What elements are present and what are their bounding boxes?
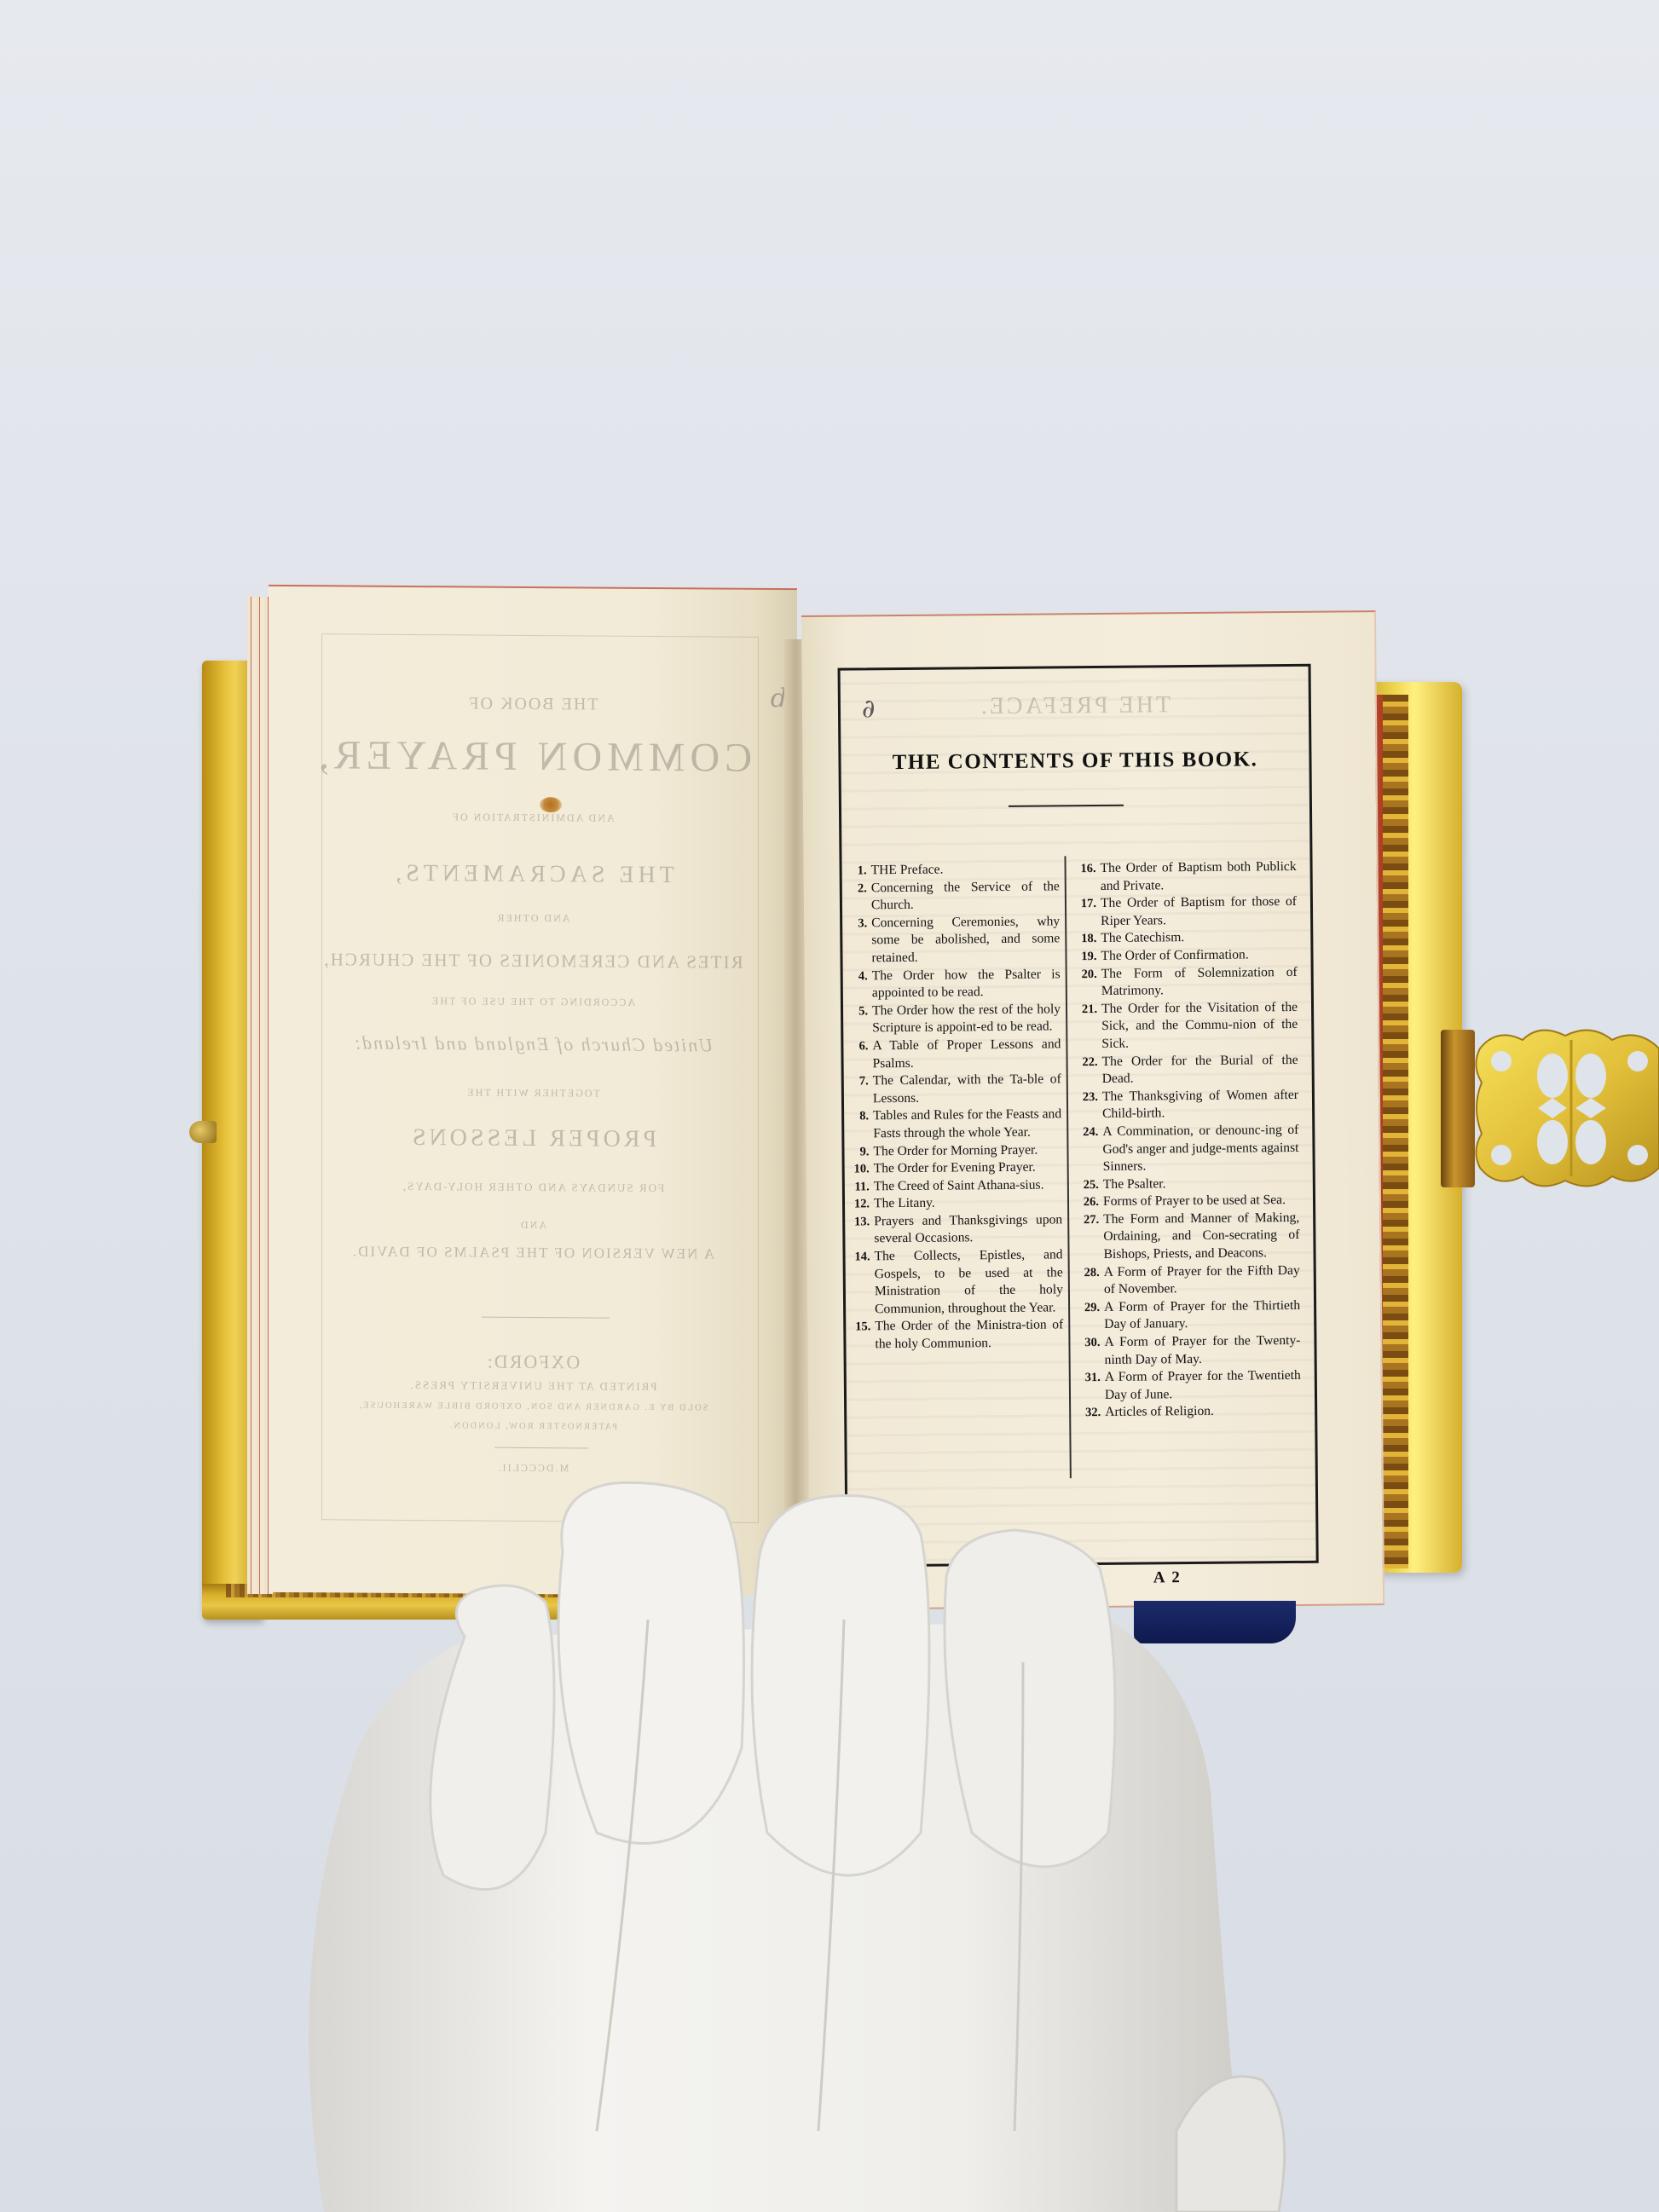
list-item: 15.The Order of the Ministra-tion of the… [850,1317,1063,1354]
item-text: Concerning Ceremonies, why some be aboli… [871,913,1061,967]
item-text: The Order for the Burial of the Dead. [1101,1051,1298,1088]
list-item: 16.The Order of Baptism both Publick and… [1071,858,1297,895]
item-number: 22. [1072,1053,1101,1071]
item-text: Forms of Prayer to be used at Sea. [1103,1192,1299,1211]
list-item: 9.The Order for Morning Prayer. [848,1141,1061,1161]
list-item: 25.The Psalter. [1073,1175,1299,1194]
list-item: 4.The Order how the Psalter is appointed… [847,966,1061,1002]
item-number: 7. [848,1072,873,1090]
item-number: 17. [1071,895,1101,913]
item-text: The Litany. [874,1194,1062,1214]
list-item: 7.The Calendar, with the Ta-ble of Lesso… [848,1071,1061,1107]
column-divider [1064,856,1071,1478]
list-item: 21.The Order for the Visitation of the S… [1072,999,1298,1054]
ghost-line: PROPER LESSONS [269,1123,797,1154]
item-text: The Order how the rest of the holy Scrip… [872,1001,1061,1037]
item-number: 15. [850,1319,875,1337]
item-text: The Creed of Saint Athana-sius. [874,1176,1062,1196]
item-number: 26. [1073,1193,1103,1211]
item-text: The Collects, Epistles, and Gospels, to … [874,1246,1063,1318]
item-text: A Form of Prayer for the Twenty-ninth Da… [1104,1332,1300,1369]
clasp-hinge [1441,1030,1475,1187]
item-number: 16. [1071,860,1101,878]
show-through-heading: THE PREFACE. [841,690,1309,722]
list-item: 32.Articles of Religion. [1075,1402,1301,1422]
item-text: Articles of Religion. [1105,1402,1301,1422]
item-text: The Catechism. [1101,928,1297,948]
filigree-clasp-icon [1471,1023,1659,1193]
ghost-line: THE BOOK OF [269,693,797,716]
list-item: 24.A Commination, or denounc-ing of God'… [1072,1122,1299,1176]
list-item: 12.The Litany. [849,1194,1062,1214]
list-item: 26.Forms of Prayer to be used at Sea. [1073,1192,1299,1211]
item-number: 6. [847,1037,872,1055]
ghost-line: United Church of England and Ireland: [269,1031,797,1057]
item-text: Tables and Rules for the Feasts and Fast… [873,1106,1061,1143]
ghost-line: RITES AND CEREMONIES OF THE CHURCH, [269,949,797,973]
page-title: THE CONTENTS OF THIS BOOK. [841,748,1309,776]
item-text: The Form and Manner of Making, Ordaining… [1103,1210,1300,1264]
item-number: 11. [849,1178,874,1196]
item-number: 14. [849,1248,874,1266]
item-text: The Order for the Visitation of the Sick… [1101,999,1298,1054]
clasp-pin-icon [189,1121,217,1143]
item-number: 31. [1075,1369,1105,1387]
item-number: 13. [849,1213,874,1231]
item-text: The Psalter. [1103,1175,1299,1194]
foxing-stain [540,797,562,812]
item-text: The Thanksgiving of Women after Child-bi… [1102,1087,1298,1123]
list-item: 18.The Catechism. [1071,928,1297,948]
list-item: 11.The Creed of Saint Athana-sius. [849,1176,1062,1196]
contents-frame: THE PREFACE. ∂ THE CONTENTS OF THIS BOOK… [838,664,1319,1568]
list-item: 22.The Order for the Burial of the Dead. [1072,1051,1298,1088]
left-page: d THE BOOK OF COMMON PRAYER, AND ADMINIS… [269,585,797,1596]
item-number: 2. [847,880,871,898]
item-number: 10. [849,1160,874,1178]
contents-column-left: 1.THE Preface. 2.Concerning the Service … [847,860,1064,1354]
right-page: THE PREFACE. ∂ THE CONTENTS OF THIS BOOK… [801,610,1384,1610]
list-item: 19.The Order of Confirmation. [1071,946,1297,966]
signature-mark: A 2 [1153,1568,1182,1587]
item-number: 23. [1072,1089,1102,1106]
item-text: Prayers and Thanksgivings upon several O… [874,1211,1062,1248]
item-number: 32. [1075,1404,1105,1422]
list-item: 29.A Form of Prayer for the Thirtieth Da… [1074,1297,1300,1334]
pencil-mark: ∂ [862,694,876,724]
list-item: 10.The Order for Evening Prayer. [849,1158,1062,1178]
item-text: The Order of the Ministra-tion of the ho… [875,1317,1063,1354]
item-text: The Order for Evening Prayer. [874,1158,1062,1178]
item-text: The Order how the Psalter is appointed t… [872,966,1061,1002]
item-number: 4. [847,967,872,985]
list-item: 28.A Form of Prayer for the Fifth Day of… [1074,1262,1300,1299]
item-number: 24. [1072,1123,1102,1141]
list-item: 1.THE Preface. [847,860,1060,880]
list-item: 17.The Order of Baptism for those of Rip… [1071,893,1297,930]
list-item: 20.The Form of Solemnization of Matrimon… [1072,964,1298,1001]
item-number: 1. [847,862,871,880]
contents-column-right: 16.The Order of Baptism both Publick and… [1071,858,1302,1422]
ghost-line: THE SACRAMENTS, [269,859,797,890]
list-item: 23.The Thanksgiving of Women after Child… [1072,1087,1298,1123]
list-item: 5.The Order how the rest of the holy Scr… [847,1001,1061,1037]
item-text: A Form of Prayer for the Fifth Day of No… [1104,1262,1300,1299]
ribbon-bookmark [1134,1601,1296,1643]
list-item: 27.The Form and Manner of Making, Ordain… [1073,1210,1300,1264]
item-text: A Form of Prayer for the Twentieth Day o… [1105,1367,1301,1404]
item-text: A Commination, or denounc-ing of God's a… [1102,1122,1299,1176]
list-item: 13.Prayers and Thanksgivings upon severa… [849,1211,1062,1248]
item-number: 20. [1072,966,1101,984]
item-text: THE Preface. [871,860,1060,880]
item-text: Concerning the Service of the Church. [871,878,1060,915]
list-item: 3.Concerning Ceremonies, why some be abo… [847,913,1061,967]
item-text: The Order of Confirmation. [1101,946,1297,966]
list-item: 14.The Collects, Epistles, and Gospels, … [849,1246,1063,1319]
item-number: 5. [847,1002,872,1020]
ghost-line: OXFORD: [269,1349,797,1375]
list-item: 6.A Table of Proper Lessons and Psalms. [847,1036,1061,1072]
item-text: The Order of Baptism for those of Riper … [1101,893,1297,930]
item-text: A Table of Proper Lessons and Psalms. [872,1036,1061,1072]
item-number: 12. [849,1196,874,1214]
item-number: 18. [1071,930,1101,948]
item-number: 29. [1074,1299,1104,1317]
list-item: 2.Concerning the Service of the Church. [847,878,1060,915]
item-number: 8. [848,1108,873,1126]
item-number: 28. [1074,1264,1104,1282]
item-number: 9. [848,1143,873,1161]
item-number: 3. [847,915,871,933]
title-rule [1009,805,1124,807]
item-text: A Form of Prayer for the Thirtieth Day o… [1104,1297,1300,1334]
item-text: The Form of Solemnization of Matrimony. [1101,964,1298,1001]
list-item: 31.A Form of Prayer for the Twentieth Da… [1075,1367,1301,1404]
item-number: 30. [1074,1334,1104,1352]
list-item: 8.Tables and Rules for the Feasts and Fa… [848,1106,1061,1143]
item-number: 27. [1073,1211,1103,1229]
ghost-line: COMMON PRAYER, [269,731,797,782]
item-text: The Order of Baptism both Publick and Pr… [1101,858,1297,895]
gilt-tooling-border [1383,695,1408,1568]
item-text: The Order for Morning Prayer. [873,1141,1061,1161]
item-text: The Calendar, with the Ta-ble of Lessons… [873,1071,1061,1107]
ornate-clasp [1441,1023,1659,1193]
item-number: 19. [1071,948,1101,966]
item-number: 25. [1073,1176,1103,1194]
item-number: 21. [1072,1001,1101,1019]
photo-scene: d THE BOOK OF COMMON PRAYER, AND ADMINIS… [0,0,1659,2212]
list-item: 30.A Form of Prayer for the Twenty-ninth… [1074,1332,1300,1369]
